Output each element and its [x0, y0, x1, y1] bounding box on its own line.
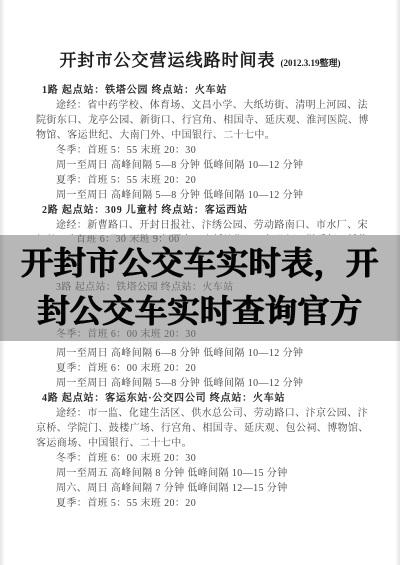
overlay-caption-line-2: 封公交车实时查询官方	[0, 294, 400, 328]
route-header-line: 4路 起点站：客运东站·公交四公司 终点站：火车站	[36, 391, 372, 406]
schedule-detail-line: 周六、周日 高峰间隔 7 分钟 低峰间隔 12—15 分钟	[36, 481, 372, 496]
route-header-line: 1路 起点站：铁塔公园 终点站：火车站	[36, 83, 372, 98]
schedule-detail-line: 夏季：首班 6：00 末班 20：20	[36, 361, 372, 376]
schedule-detail-line: 周一至周五 高峰间隔 8 分钟 低峰间隔 10—15 分钟	[36, 466, 372, 481]
schedule-detail-line: 周一至周日 高峰间隔 5—8 分钟 低峰间隔 10—12 分钟	[36, 376, 372, 391]
schedule-detail-line: 夏季：首班 5：55 末班 20：20	[36, 173, 372, 188]
route-header-line: 2路 起点站：309 儿童村 终点站：客运西站	[36, 203, 372, 218]
scanned-bus-timetable-page: 开封市公交营运线路时间表 (2012.3.19整理) 1路 起点站：铁塔公园 终…	[0, 0, 400, 565]
schedule-detail-line: 冬季：首班 6：00 末班 20：30	[36, 451, 372, 466]
schedule-detail-line: 冬季：首班 5：55 末班 20：30	[36, 143, 372, 158]
schedule-detail-line: 途经：新曹路口、开封日报社、汴绣公园、劳动路南口、市水厂、宋门外、宋门里、儿童医…	[36, 218, 372, 235]
schedule-detail-line: 周一至周日 高峰间隔 5—8 分钟 低峰间隔 10—12 分钟	[36, 158, 372, 173]
schedule-detail-line: 途经：市一监、化建生活区、供水总公司、劳动路口、汴京公园、汴京桥、学院门、鼓楼广…	[36, 406, 372, 451]
document-title: 开封市公交营运线路时间表	[60, 51, 276, 70]
underlying-schedule-line-bottom: 冬季：首班 6：00 末班 20：30	[0, 328, 400, 341]
title-date-note: (2012.3.19整理)	[281, 58, 341, 68]
schedule-detail-line: 夏季：首班 5：55 末班 20：20	[36, 496, 372, 511]
route-list-top: 1路 起点站：铁塔公园 终点站：火车站途经：省中药学校、体育场、文昌小学、大纸坊…	[0, 83, 400, 235]
route-list-bottom: 周一至周日 高峰间隔 6—8 分钟 低峰间隔 10—12 分钟夏季：首班 6：0…	[0, 341, 400, 511]
schedule-detail-line: 途经：省中药学校、体育场、文昌小学、大纸坊街、清明上河园、法院街东口、龙亭公园、…	[36, 98, 372, 143]
document-title-row: 开封市公交营运线路时间表 (2012.3.19整理)	[0, 0, 400, 71]
schedule-detail-line: 周一至周日 高峰间隔 6—8 分钟 低峰间隔 10—12 分钟	[36, 346, 372, 361]
schedule-detail-line: 周一至周日 高峰间隔 5—8 分钟 低峰间隔 10—12 分钟	[36, 188, 372, 203]
overlay-caption-line-1: 开封市公交车实时表，开	[0, 246, 400, 280]
caption-overlay-band: 首班 6：30 末班 9：00 开封市公交车实时表，开 3路 起点站：铁塔公园 …	[0, 235, 400, 341]
